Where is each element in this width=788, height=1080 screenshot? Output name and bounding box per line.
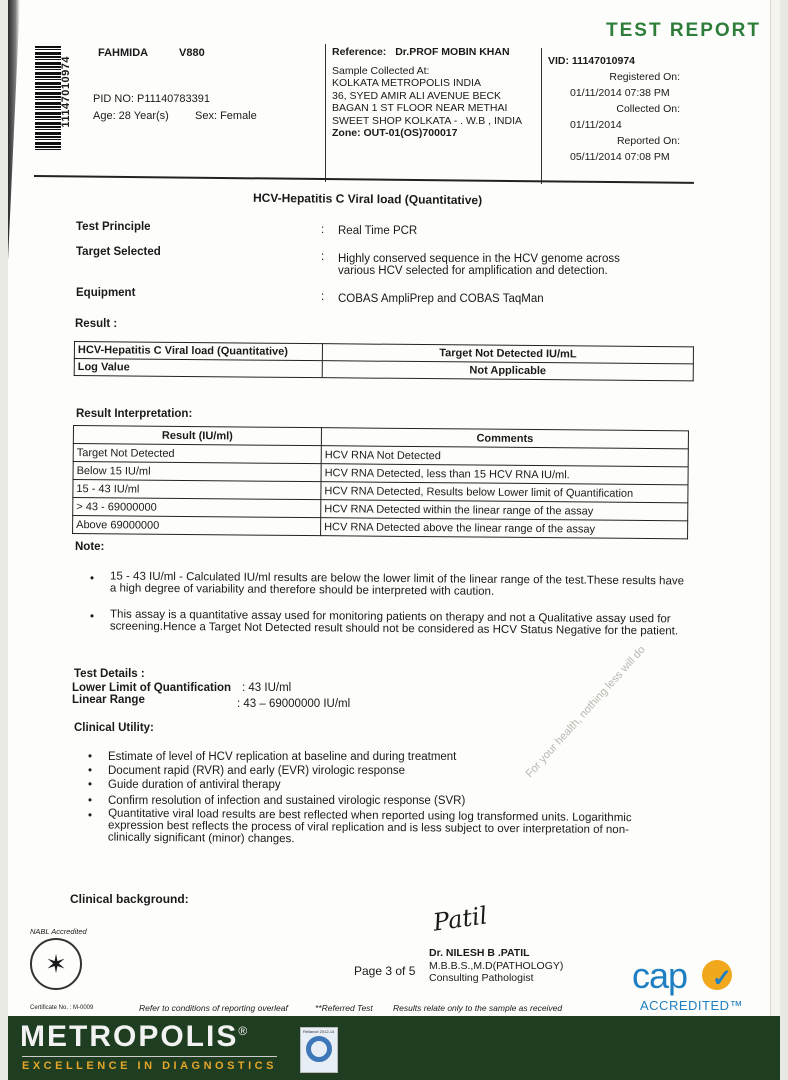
table-cell: 15 - 43 IU/ml (73, 480, 321, 500)
bullet-icon: • (88, 765, 92, 777)
note-label: Note: (75, 541, 104, 553)
result-name: HCV-Hepatitis C Viral load (Quantitative… (74, 342, 322, 361)
registered-label: Registered On: (548, 69, 688, 85)
table-cell: Above 69000000 (73, 516, 321, 536)
detail-colon: : (321, 251, 324, 263)
range-label: Linear Range (72, 694, 145, 706)
patient-name: FAHMIDA (98, 47, 148, 59)
registered-mark: ® (238, 1024, 249, 1038)
lloq-label: Lower Limit of Quantification (72, 682, 231, 694)
result-label: Result : (75, 318, 117, 330)
metropolis-logo: METROPOLIS® (20, 1020, 249, 1054)
bullet-icon: • (90, 573, 94, 585)
nabl-certificate: Certificate No. : M-0009 (30, 1005, 93, 1011)
interpretation-table: Result (IU/ml) Comments Target Not Detec… (72, 425, 689, 539)
note-text: 15 - 43 IU/ml - Calculated IU/ml results… (110, 570, 690, 599)
clinical-utility-label: Clinical Utility: (74, 722, 154, 734)
test-details-label: Test Details : (74, 668, 145, 681)
nabl-seal-icon: ✶ (30, 938, 82, 990)
report-title: TEST REPORT (606, 20, 761, 42)
badge-text: Reliance 2012-14 (303, 1029, 334, 1034)
relate-note: Results relate only to the sample as rec… (393, 1003, 562, 1013)
utility-text: Quantitative viral load results are best… (108, 808, 668, 849)
utility-text: Guide duration of antiviral therapy (108, 779, 668, 791)
cap-accredited-logo: cap ✓ ACCREDITED™ (632, 958, 752, 1016)
patient-sex: Sex: Female (195, 110, 257, 122)
conditions-note: Refer to conditions of reporting overlea… (139, 1003, 288, 1013)
referred-note: **Referred Test (315, 1003, 373, 1013)
pathologist-qualification: M.B.B.S.,M.D(PATHOLOGY) (429, 960, 563, 972)
page-number: Page 3 of 5 (354, 964, 415, 978)
reported-value: 05/11/2014 07:08 PM (548, 149, 688, 165)
reference-block: Reference: Dr.PROF MOBIN KHAN Sample Col… (332, 46, 542, 140)
zone: Zone: OUT-01(OS)700017 (332, 127, 542, 140)
address-line: 36, SYED AMIR ALI AVENUE BECK (332, 90, 542, 103)
bullet-icon: • (90, 611, 94, 623)
cap-accredited-text: ACCREDITED™ (640, 998, 743, 1013)
result-name: Log Value (74, 359, 322, 378)
result-value: Not Applicable (322, 361, 693, 381)
bullet-icon: • (88, 751, 92, 763)
note-text: This assay is a quantitative assay used … (110, 608, 690, 637)
brand-tagline: EXCELLENCE IN DIAGNOSTICS (22, 1056, 277, 1072)
table-cell: HCV RNA Detected above the linear range … (321, 518, 688, 539)
report-page: TEST REPORT 11147010974 FAHMIDA V880 PID… (8, 0, 780, 1080)
bullet-icon: • (88, 779, 92, 791)
collected-at-label: Sample Collected At: (332, 65, 542, 78)
interpretation-label: Result Interpretation: (76, 408, 192, 420)
utility-text: Document rapid (RVR) and early (EVR) vir… (108, 765, 668, 777)
barcode-number: 11147010974 (60, 56, 72, 128)
lloq-value: : 43 IU/ml (242, 682, 291, 694)
utility-text: Estimate of level of HCV replication at … (108, 751, 668, 763)
table-cell: Target Not Detected (73, 444, 321, 464)
detail-key: Test Principle (76, 221, 151, 233)
utility-text: Confirm resolution of infection and sust… (108, 795, 668, 807)
vid: VID: 11147010974 (548, 53, 688, 69)
brand-name: METROPOLIS (20, 1020, 238, 1053)
detail-value: Real Time PCR (338, 225, 417, 237)
detail-colon: : (321, 224, 324, 236)
table-cell: > 43 - 69000000 (73, 498, 321, 518)
scan-shadow (8, 0, 20, 260)
collected-value: 01/11/2014 (548, 117, 688, 133)
address-line: SWEET SHOP KOLKATA - . W.B , INDIA (332, 115, 542, 128)
range-value: : 43 – 69000000 IU/ml (237, 698, 350, 710)
nabl-label: NABL Accredited (30, 927, 87, 936)
header-divider (325, 44, 326, 182)
test-title: HCV-Hepatitis C Viral load (Quantitative… (253, 191, 482, 207)
header-rule (34, 175, 694, 184)
page-edge (770, 0, 780, 1080)
reported-label: Reported On: (548, 133, 688, 149)
pathologist-name: Dr. NILESH B .PATIL (429, 947, 530, 959)
column-header: Result (IU/ml) (73, 426, 321, 446)
reference-doctor: Dr.PROF MOBIN KHAN (395, 46, 509, 58)
patient-code: V880 (179, 47, 205, 59)
q-icon (306, 1036, 332, 1062)
quality-brand-badge-icon: Reliance 2012-14 (300, 1027, 338, 1073)
pathologist-role: Consulting Pathologist (429, 972, 533, 984)
vid-block: VID: 11147010974 Registered On: 01/11/20… (548, 53, 688, 165)
bullet-icon: • (88, 795, 92, 807)
bullet-icon: • (88, 810, 92, 822)
reference-label: Reference: (332, 46, 386, 58)
registered-value: 01/11/2014 07:38 PM (548, 85, 688, 101)
detail-key: Target Selected (76, 246, 161, 258)
table-cell: Below 15 IU/ml (73, 462, 321, 482)
collected-label: Collected On: (548, 101, 688, 117)
patient-age: Age: 28 Year(s) (93, 110, 169, 122)
signature: Patil (431, 901, 489, 936)
result-table: HCV-Hepatitis C Viral load (Quantitative… (74, 341, 694, 381)
barcode-icon (35, 46, 61, 150)
checkmark-icon: ✓ (712, 964, 732, 993)
address-line: KOLKATA METROPOLIS INDIA (332, 77, 542, 90)
patient-id: PID NO: P11140783391 (93, 93, 210, 105)
clinical-background-label: Clinical background: (70, 892, 189, 906)
detail-value: COBAS AmpliPrep and COBAS TaqMan (338, 293, 544, 305)
detail-key: Equipment (76, 287, 135, 299)
address-line: BAGAN 1 ST FLOOR NEAR METHAI (332, 102, 542, 115)
detail-value: Highly conserved sequence in the HCV gen… (338, 253, 648, 277)
cap-text: cap (632, 958, 687, 994)
detail-colon: : (321, 291, 324, 303)
